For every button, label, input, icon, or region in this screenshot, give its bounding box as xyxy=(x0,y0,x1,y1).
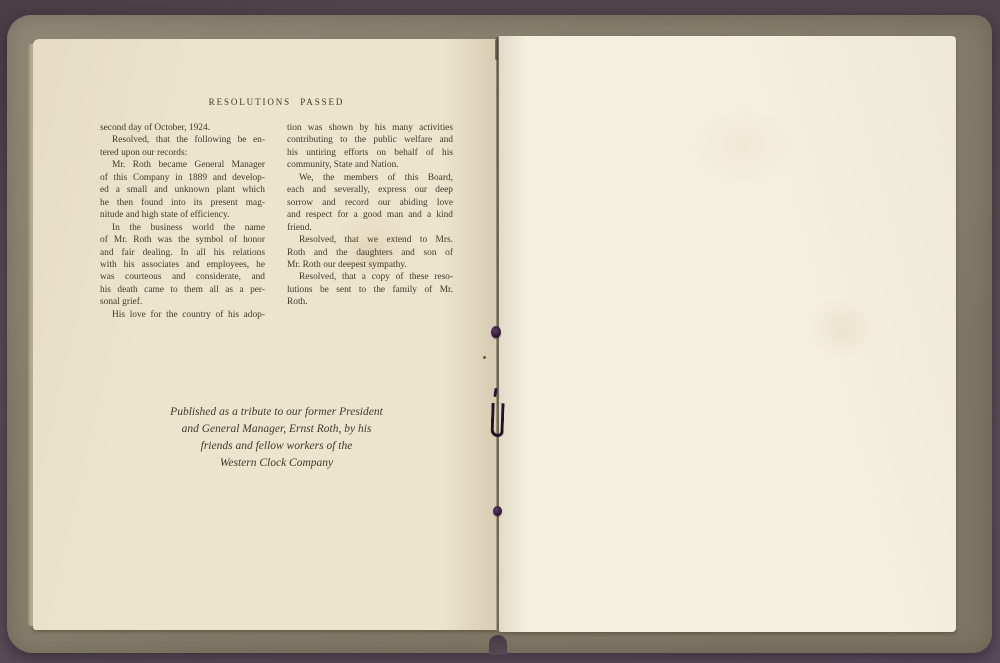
text-line: tion was shown by his many activities xyxy=(287,122,453,134)
text-line: ed a small and unknown plant which xyxy=(100,184,265,196)
colophon-line: Western Clock Company xyxy=(100,455,453,472)
text-line: friend. xyxy=(287,222,453,234)
text-line: Resolved, that a copy of these reso- xyxy=(287,271,453,283)
text-line: and respect for a good man and a kind xyxy=(287,209,453,221)
text-line: his untiring efforts on behalf of his xyxy=(287,147,453,159)
text-line: Mr. Roth our deepest sympathy. xyxy=(287,259,453,271)
text-line: community, State and Nation. xyxy=(287,159,453,171)
cover-spine-notch xyxy=(489,635,507,655)
spine-crack xyxy=(495,39,498,60)
text-line: lutions be sent to the family of Mr. xyxy=(287,284,453,296)
text-line: Roth and the daughters and son of xyxy=(287,247,453,259)
colophon: Published as a tribute to our former Pre… xyxy=(100,404,453,472)
page-header: RESOLUTIONS PASSED xyxy=(100,97,453,107)
right-page xyxy=(499,36,956,632)
text-line: nitude and high state of efficiency. xyxy=(100,209,265,221)
text-line: with his associates and employees, he xyxy=(100,259,265,271)
text-line: of this Company in 1889 and develop- xyxy=(100,172,265,184)
text-line: each and severally, express our deep xyxy=(287,184,453,196)
text-line: second day of October, 1924. xyxy=(100,122,265,134)
text-line: In the business world the name xyxy=(100,222,265,234)
text-line: contributing to the public welfare and xyxy=(287,134,453,146)
text-line: Resolved, that the following be en- xyxy=(100,134,265,146)
page-stain xyxy=(674,96,814,196)
foxing-speck xyxy=(483,356,486,359)
colophon-line: and General Manager, Ernst Roth, by his xyxy=(100,421,453,438)
text-line: Roth. xyxy=(287,296,453,308)
text-line: and fair dealing. In all his relations xyxy=(100,247,265,259)
page-stain xyxy=(795,286,890,371)
text-line: His love for the country of his adop- xyxy=(100,309,265,321)
text-line: We, the members of this Board, xyxy=(287,172,453,184)
text-line: of Mr. Roth was the symbol of honor xyxy=(100,234,265,246)
colophon-line: friends and fellow workers of the xyxy=(100,438,453,455)
text-line: was courteous and considerate, and xyxy=(100,271,265,283)
text-line: Mr. Roth became General Manager xyxy=(100,159,265,171)
text-line: he then found into its present mag- xyxy=(100,197,265,209)
text-columns: second day of October, 1924.Resolved, th… xyxy=(100,122,453,321)
text-line: sorrow and record our abiding love xyxy=(287,197,453,209)
text-column-left: second day of October, 1924.Resolved, th… xyxy=(100,122,265,321)
left-page: RESOLUTIONS PASSED second day of October… xyxy=(33,39,497,630)
text-line: his death came to them all as a per- xyxy=(100,284,265,296)
text-line: tered upon our records: xyxy=(100,147,265,159)
photo-backdrop: RESOLUTIONS PASSED second day of October… xyxy=(0,0,1000,663)
thread-loop xyxy=(490,403,504,437)
text-line: sonal grief. xyxy=(100,296,265,308)
colophon-line: Published as a tribute to our former Pre… xyxy=(100,404,453,421)
stitch-knot-top xyxy=(491,326,501,338)
stitch-knot-bottom xyxy=(493,506,502,516)
text-line: Resolved, that we extend to Mrs. xyxy=(287,234,453,246)
text-column-right: tion was shown by his many activitiescon… xyxy=(287,122,453,321)
